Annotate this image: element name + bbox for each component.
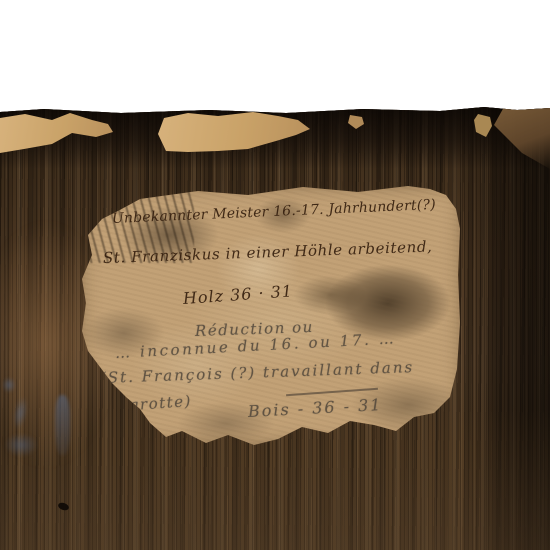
label-ink-line-3: Holz 36 · 31	[182, 281, 293, 308]
photo-of-panel-verso: Unbekannter Meister 16.-17. Jahrhundert(…	[0, 0, 550, 550]
blue-chalk-mark-4	[4, 433, 38, 457]
wood-panel: Unbekannter Meister 16.-17. Jahrhundert(…	[0, 107, 550, 550]
label-pencil-line-5: Bois - 36 - 31	[248, 395, 383, 421]
label-pencil-line-3: (St. François (?) travaillant dans	[100, 358, 415, 387]
blue-chalk-mark-1	[2, 377, 16, 393]
blue-chalk-mark-3	[55, 395, 70, 455]
